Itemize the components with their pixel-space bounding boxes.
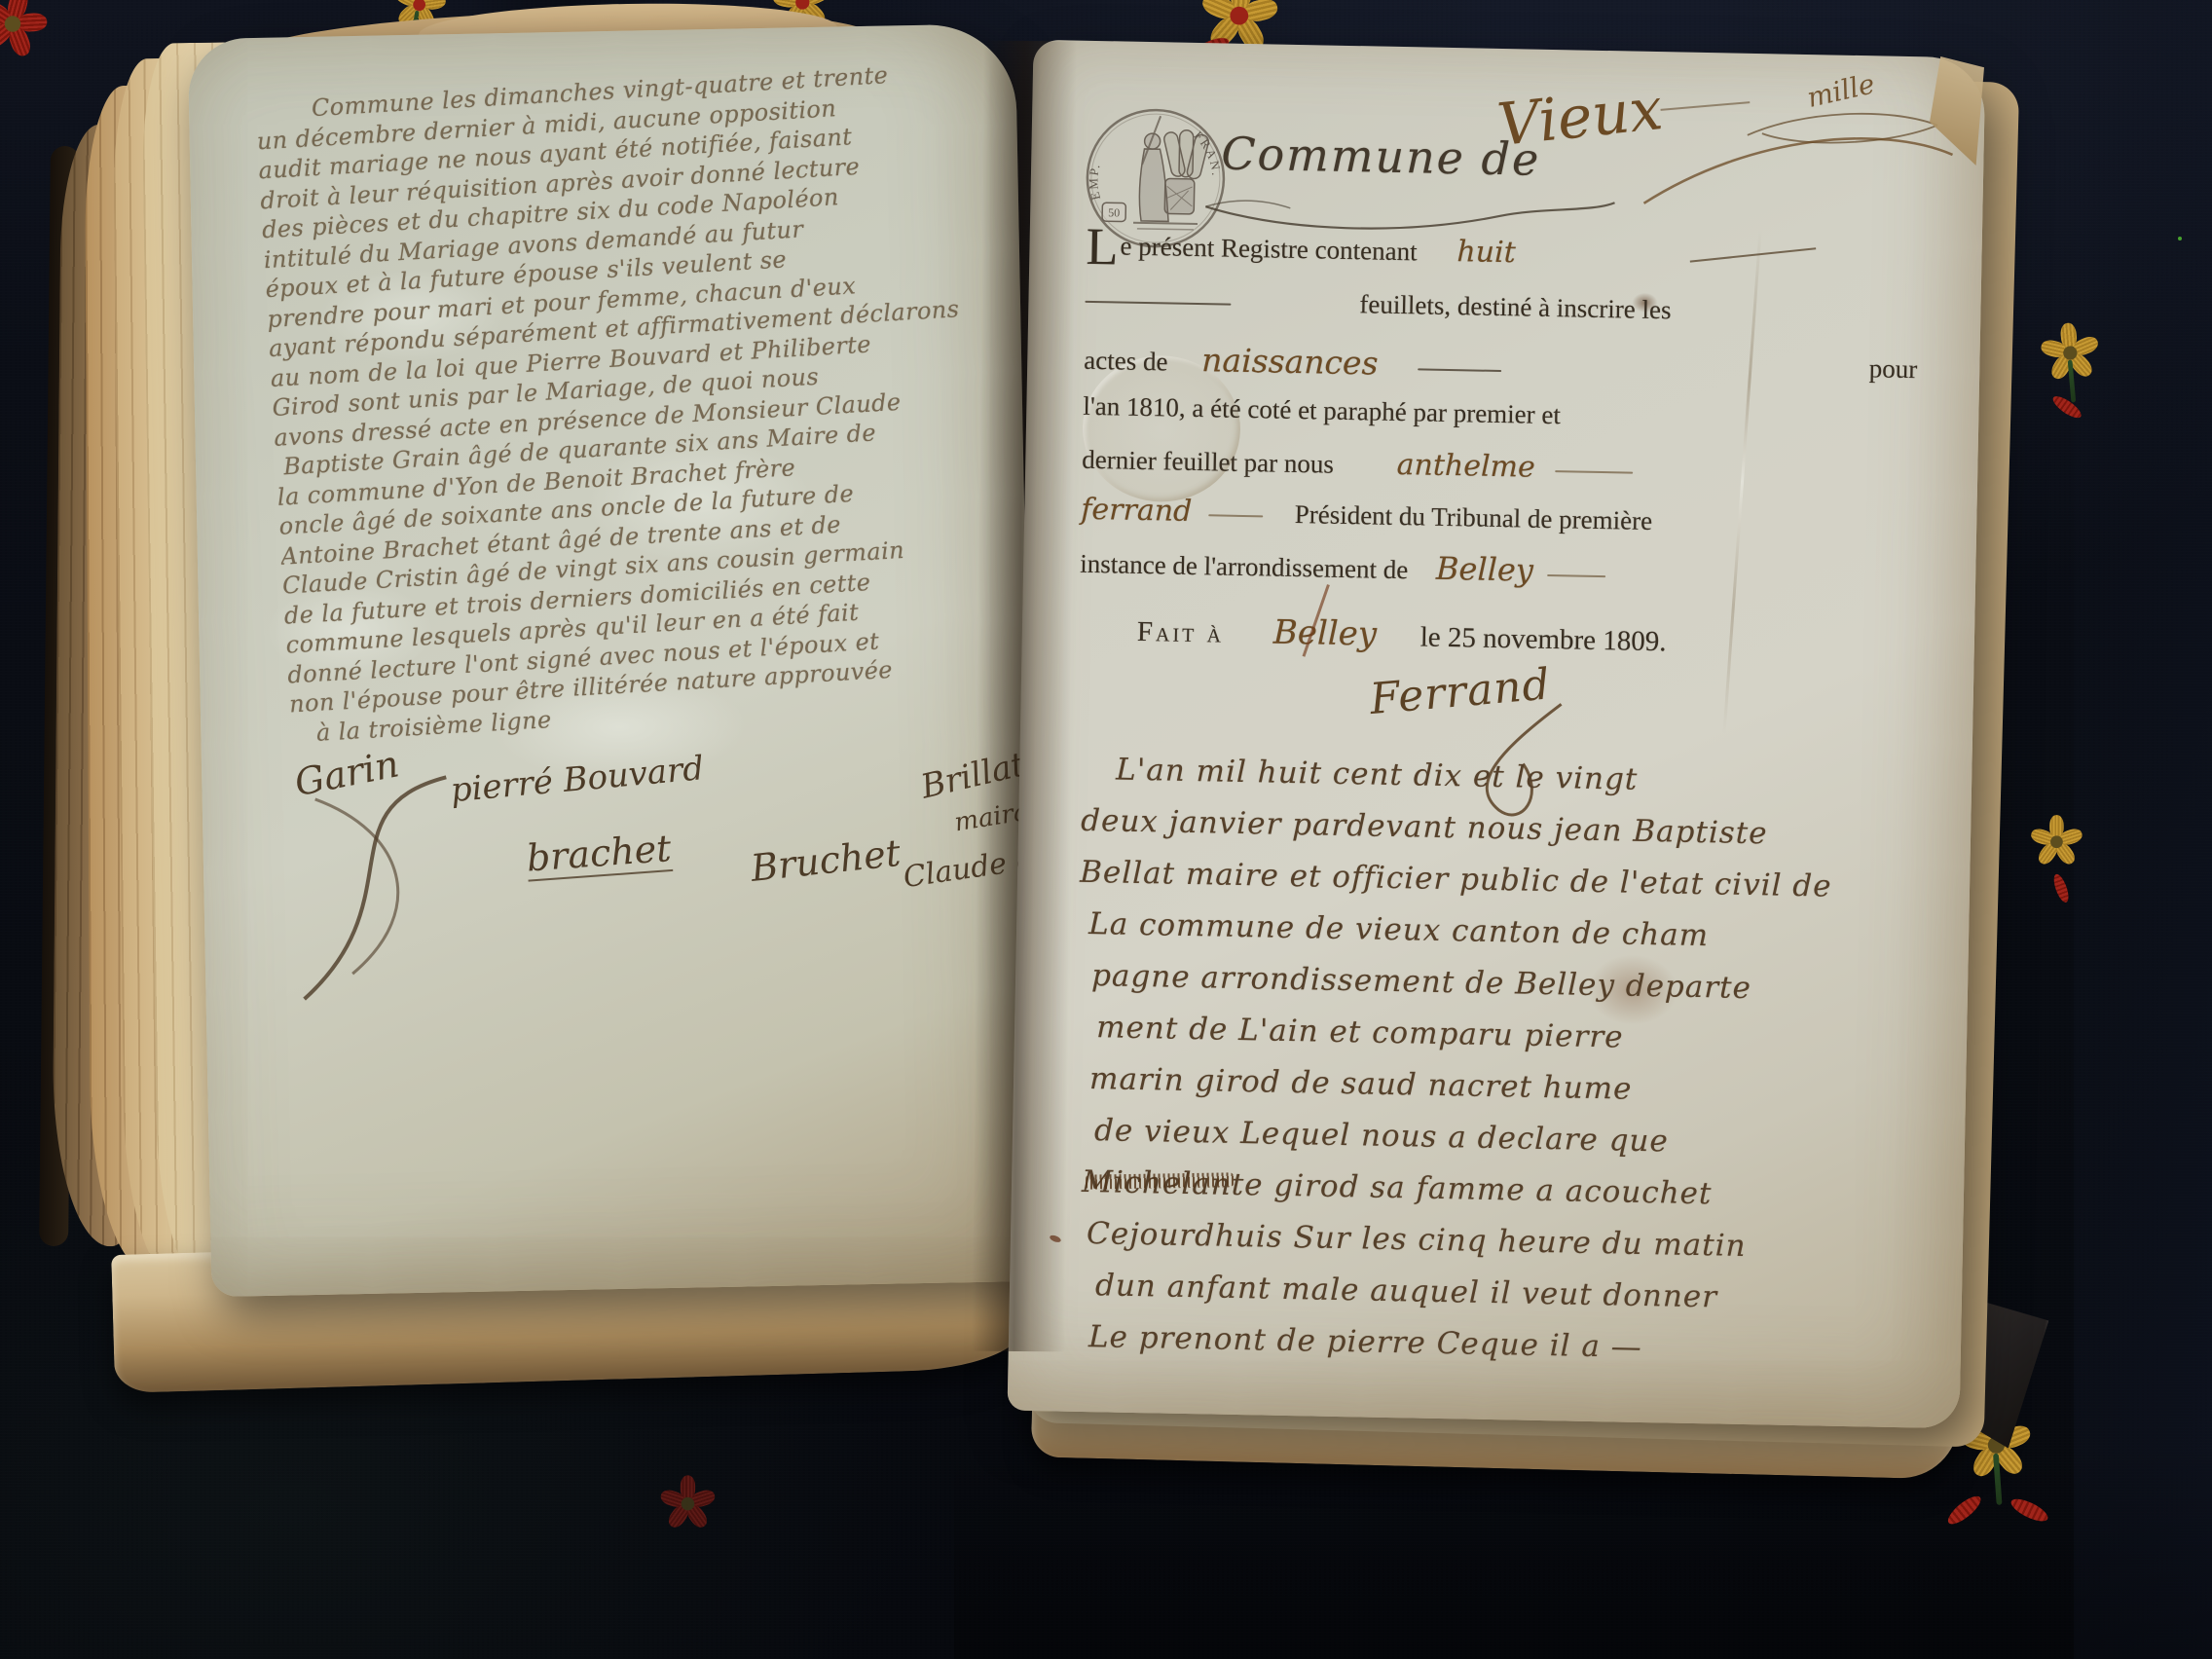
embroidered-flower [2036, 320, 2104, 388]
signature: brachet [525, 827, 673, 882]
handwritten-place: Belley [1272, 613, 1377, 654]
birth-act-text: L'an mil huit cent dix et le vingtdeux j… [1070, 752, 1948, 1387]
drop-cap: L [1086, 217, 1121, 276]
embroidered-flower-red [657, 1475, 717, 1534]
left-page-marriage-act: Commune les dimanches vingt-quatre et tr… [188, 23, 1040, 1297]
signature: Bruchet [749, 831, 903, 890]
printed-text: pour [1868, 353, 1917, 385]
book-gutter-shadow [972, 41, 1077, 1352]
ink-strike [1690, 247, 1817, 262]
vieux-tail-swash [1632, 108, 1965, 227]
embroidered-flower [2028, 815, 2084, 871]
blank-fill-dash [1418, 368, 1501, 372]
handwritten-insertion-count: huit [1456, 235, 1516, 270]
register-paragraph-line: Le présent Registre contenant huit [1086, 228, 1953, 278]
blank-fill-dash [1208, 514, 1263, 517]
commune-de-title: Commune de [1221, 127, 1541, 185]
register-paragraph-line: ferrand Président du Tribunal de premièr… [1081, 493, 1948, 543]
printed-text: instance de l'arrondissement de [1080, 549, 1409, 584]
handwritten-insertion-place: Belley [1436, 550, 1534, 589]
blank-fill-dash [1555, 470, 1633, 474]
signature-paraph-flourish [256, 762, 485, 1010]
blank-fill-dash [1548, 574, 1606, 577]
handwritten-insertion-type: naissances [1201, 341, 1379, 382]
printed-text: dernier feuillet par nous [1082, 445, 1334, 479]
printed-text: actes de [1084, 346, 1168, 377]
register-paragraph-line: feuillets, destiné à inscrire les [1085, 284, 1951, 331]
register-paragraph-line: instance de l'arrondissement de Belley [1080, 543, 1947, 597]
ink-scribble-strikethrough [1086, 1172, 1234, 1189]
printed-text: le 25 novembre 1809. [1419, 621, 1666, 657]
printed-text: Fait à [1137, 616, 1225, 649]
green-thread-dot [2178, 237, 2182, 240]
handwritten-insertion-name: anthelme [1396, 448, 1535, 485]
fait-line: Fait à Belley le 25 novembre 1809. [1137, 610, 2005, 666]
printed-text: feuillets, destiné à inscrire les [1359, 289, 1672, 324]
blank-fill-dash [1085, 301, 1231, 306]
fabric-fold [2074, 0, 2212, 1659]
handwritten-insertion-name: ferrand [1081, 493, 1193, 529]
right-page-register-title: EMP. FRAN. 50 mille Commune de Vieux Le … [1008, 40, 1986, 1429]
signature: pierré Bouvard [449, 749, 706, 810]
signature-block: Garinpierré BouvardbrachetBruchetBrillat… [188, 23, 1040, 1297]
printed-text: e présent Registre contenant [1120, 231, 1418, 266]
photo-of-open-register: Commune les dimanches vingt-quatre et tr… [0, 0, 2212, 1659]
printed-text: Président du Tribunal de première [1294, 499, 1652, 535]
